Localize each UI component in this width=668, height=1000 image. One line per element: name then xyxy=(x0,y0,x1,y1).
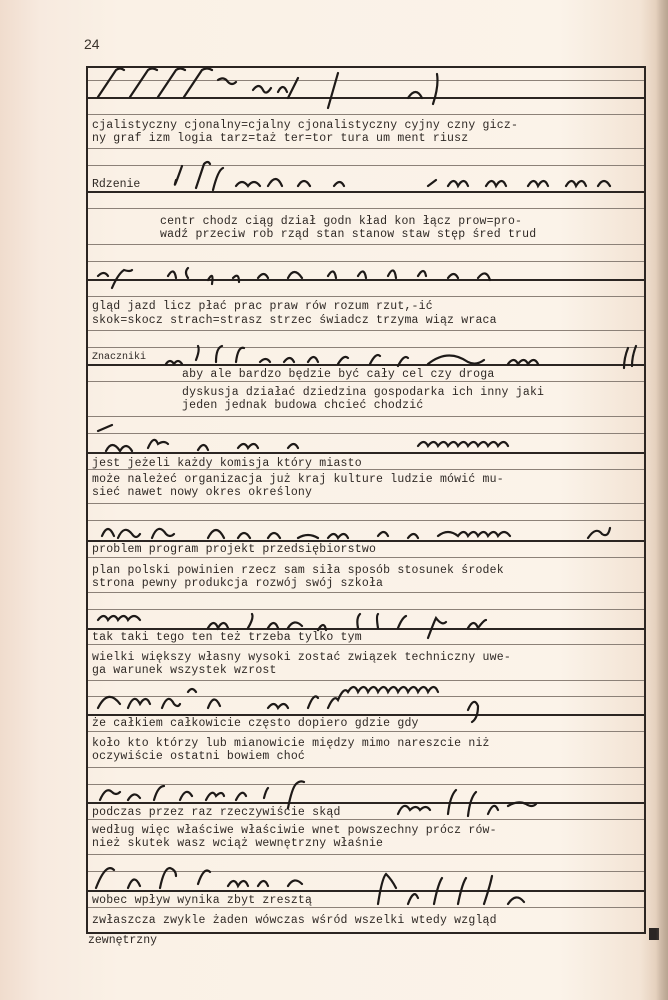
shorthand-table: cjalistyczny cjonalny=cjalny cjonalistyc… xyxy=(86,66,646,934)
trailing-text: zewnętrzny xyxy=(88,934,157,947)
shorthand-strokes xyxy=(88,68,648,936)
page-number: 24 xyxy=(84,36,100,52)
page-edge-shadow xyxy=(656,0,668,1000)
